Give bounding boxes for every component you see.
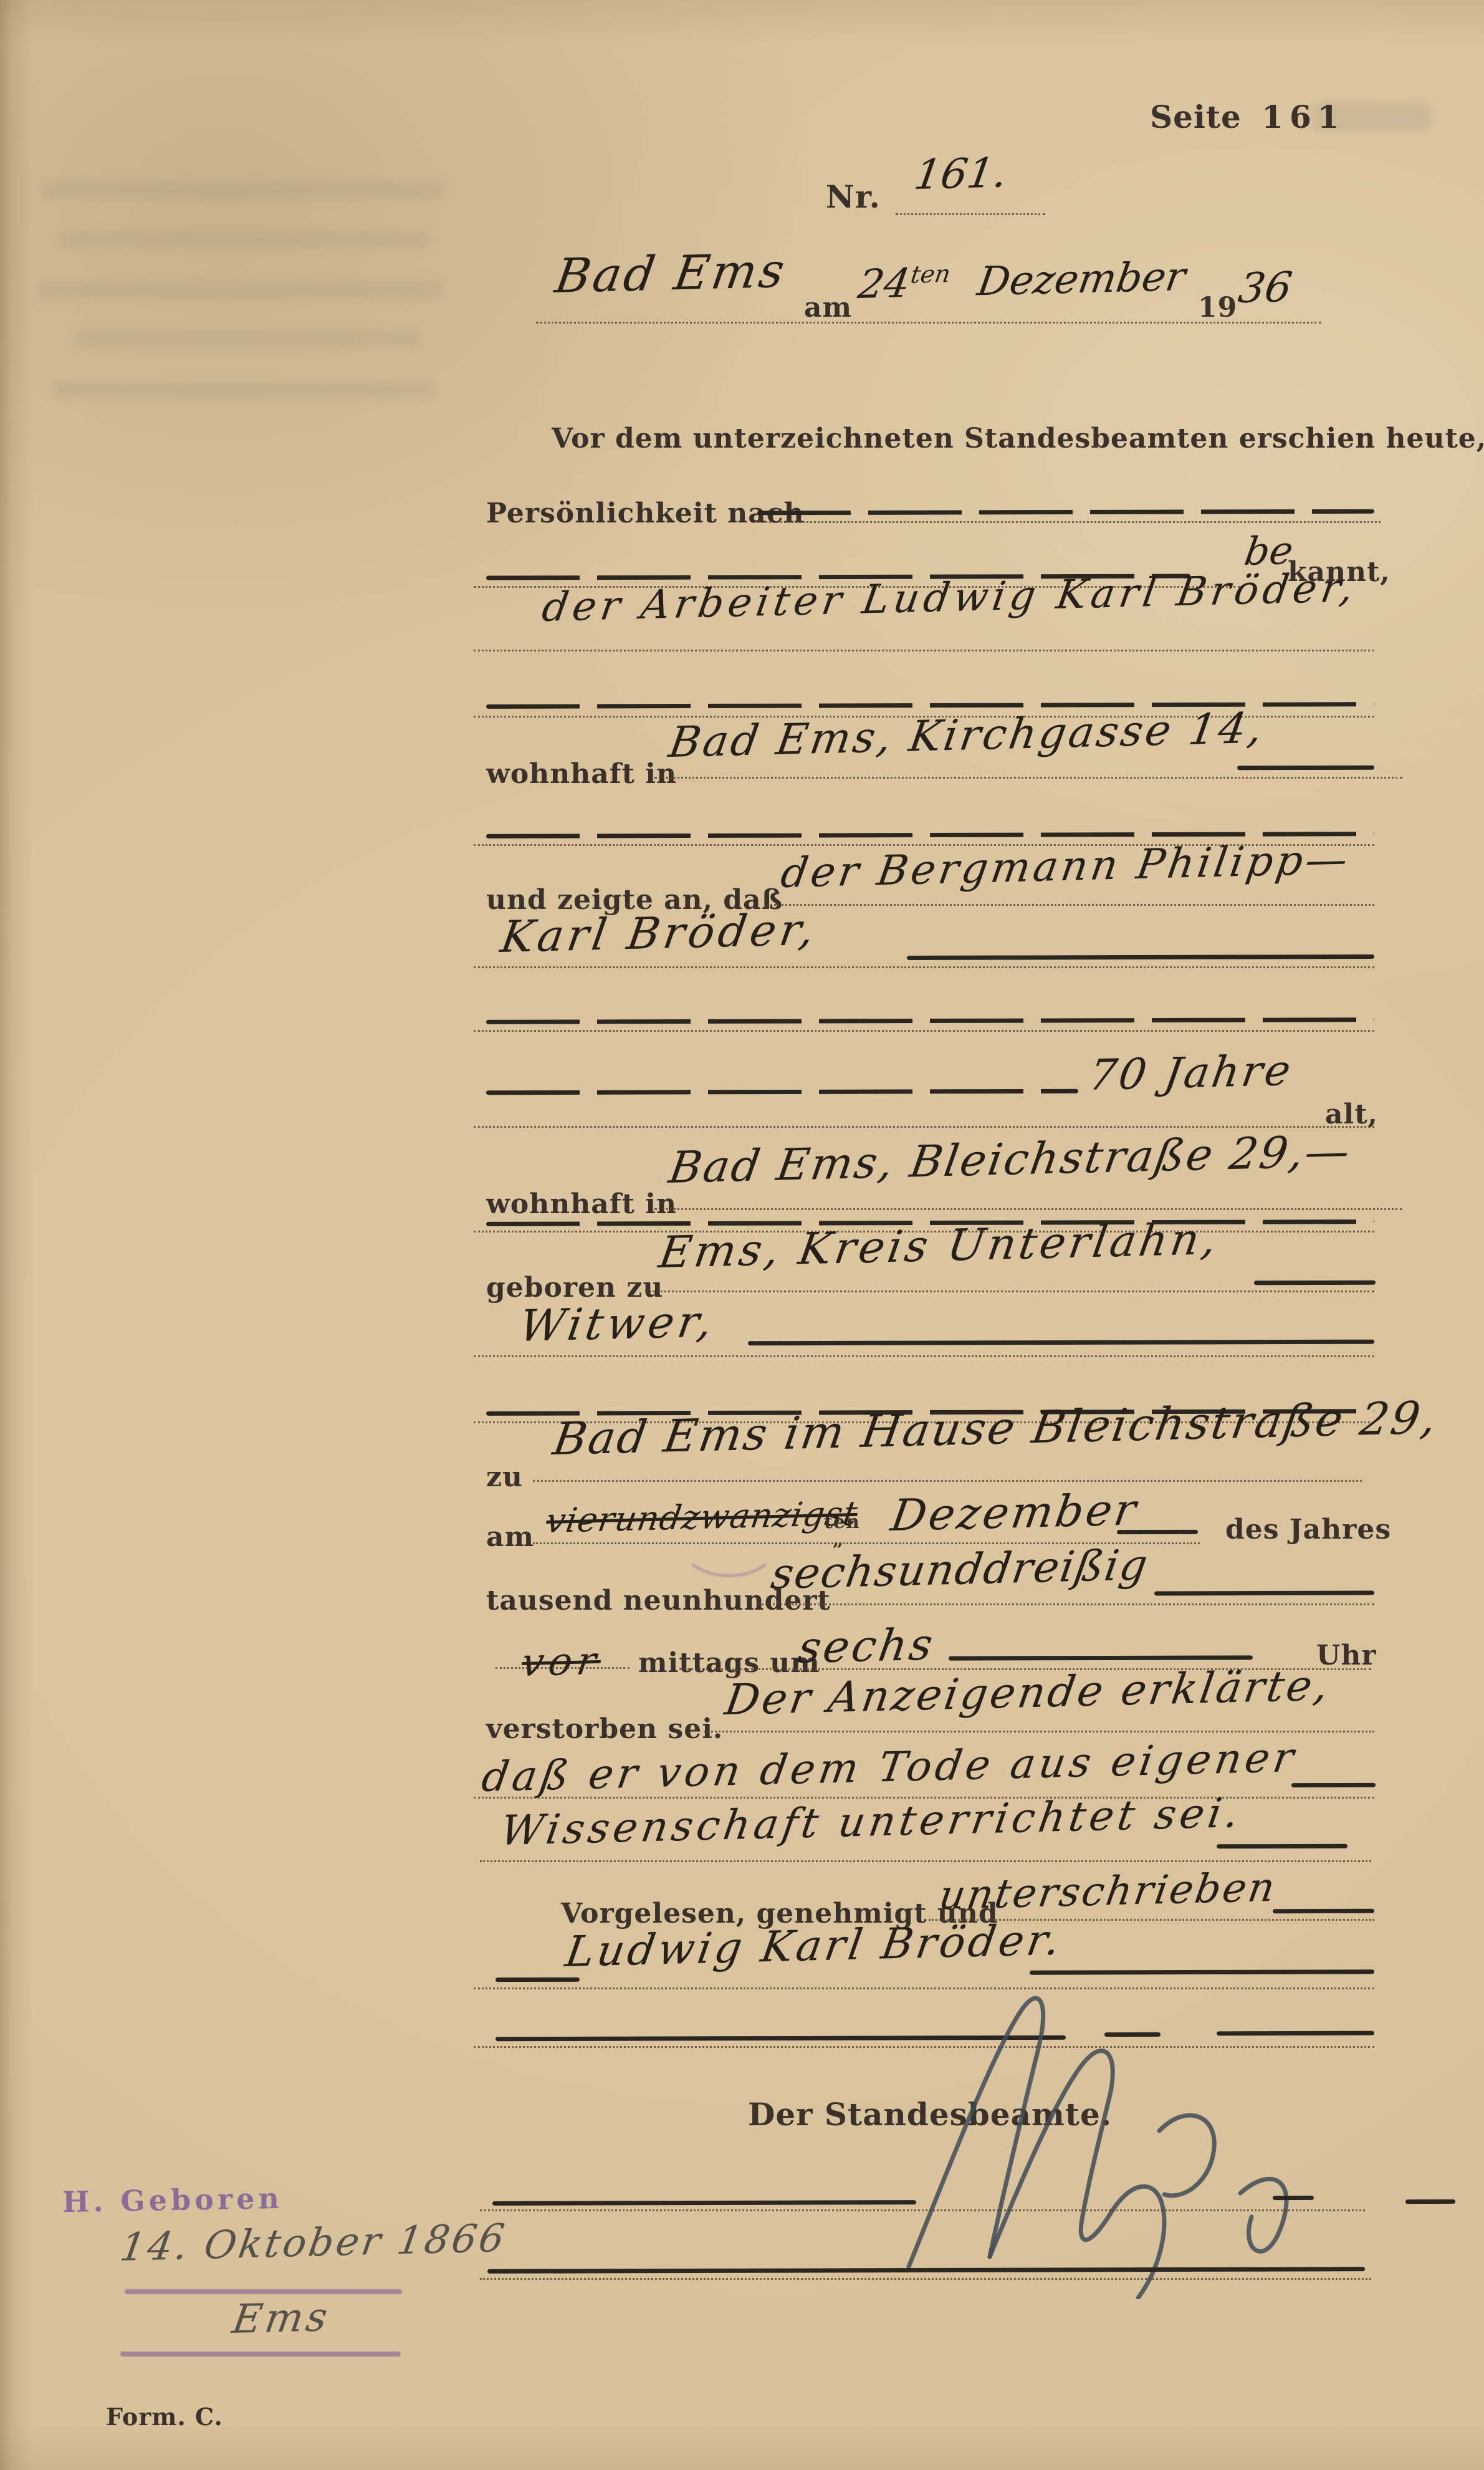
dotted-line xyxy=(474,650,1374,651)
margin-stamp-geboren: H. Geboren xyxy=(62,2181,284,2219)
record-number-label: Nr. xyxy=(826,178,881,215)
marital-status-handwritten: Witwer, xyxy=(516,1295,719,1352)
dotted-line xyxy=(533,1480,1362,1482)
dotted-line xyxy=(480,2278,1371,2280)
death-place-value-handwritten: Bad Ems im Hause Bleichstraße 29, xyxy=(550,1391,1442,1465)
dotted-line xyxy=(480,2209,1365,2211)
fill-stroke xyxy=(757,509,1374,516)
bleedthrough-ghost xyxy=(44,182,443,198)
margin-birth-date-pencil: 14. Oktober 1866 xyxy=(117,2215,510,2270)
fill-stroke xyxy=(1273,1909,1374,1913)
year-handwritten: 36 xyxy=(1235,263,1295,312)
fill-stroke xyxy=(486,1089,1078,1095)
dotted-line xyxy=(536,322,1321,324)
residence-label: wohnhaft in xyxy=(486,758,677,790)
dotted-line xyxy=(474,966,1374,968)
record-place-handwritten: Bad Ems xyxy=(552,243,791,304)
fill-stroke xyxy=(492,2200,916,2206)
dotted-line xyxy=(480,1860,1371,1862)
time-value-handwritten: sechs xyxy=(795,1619,939,1673)
dotted-line xyxy=(654,1208,1402,1210)
bleedthrough-ghost xyxy=(75,332,421,347)
fill-stroke xyxy=(495,1977,580,1982)
date-month: Dezember xyxy=(974,254,1188,305)
fill-stroke xyxy=(949,1655,1253,1660)
dotted-line xyxy=(896,213,1045,215)
dotted-line xyxy=(474,1126,1374,1128)
margin-birth-place-pencil: Ems xyxy=(229,2294,333,2343)
identity-label: Persönlichkeit nach xyxy=(486,497,805,529)
residence2-label: wohnhaft in xyxy=(486,1188,677,1220)
dotted-line xyxy=(645,1290,1374,1292)
signature-stroke xyxy=(909,1998,1043,2267)
death-register-page: Seite 161 Nr. 161. Bad Ems am 24ten Deze… xyxy=(0,0,1484,2470)
ditto-mark: „ xyxy=(833,1529,844,1550)
time-of-day-struck-handwritten: vor xyxy=(519,1638,605,1685)
dotted-line xyxy=(474,1030,1374,1032)
bleedthrough-ghost xyxy=(53,382,433,398)
year-of-label: des Jahres xyxy=(1225,1514,1391,1545)
death-month-handwritten: Dezember xyxy=(888,1484,1142,1541)
date-day-suffix: ten xyxy=(909,260,952,289)
death-date-label: am xyxy=(486,1521,534,1553)
dotted-line xyxy=(767,904,1374,906)
page-number-label: Seite xyxy=(1150,99,1242,135)
residence2-value-handwritten: Bad Ems, Bleichstraße 29,— xyxy=(666,1125,1355,1193)
dotted-line xyxy=(704,1731,1374,1732)
bleedthrough-ghost xyxy=(59,232,427,247)
dotted-line xyxy=(757,1603,1374,1605)
record-date-handwritten: 24ten Dezember xyxy=(855,254,1189,308)
closing-handwritten: unterschrieben xyxy=(936,1865,1280,1919)
fill-stroke xyxy=(1254,1281,1376,1285)
deceased-verb-label: verstorben sei. xyxy=(486,1713,723,1745)
fill-stroke xyxy=(907,954,1374,960)
year-printed-prefix: 19 xyxy=(1198,292,1237,324)
margin-underline xyxy=(125,2289,402,2294)
dotted-line xyxy=(474,1355,1374,1357)
dotted-line xyxy=(495,1667,630,1669)
fill-stroke xyxy=(486,1017,1374,1024)
death-place-label: zu xyxy=(486,1461,523,1493)
date-prefix-label: am xyxy=(804,292,852,324)
record-number-value: 161. xyxy=(911,148,1010,199)
dotted-line xyxy=(757,521,1381,523)
margin-underline xyxy=(120,2352,401,2357)
signature-stroke xyxy=(1240,2179,1286,2251)
fill-stroke xyxy=(748,1340,1374,1346)
fill-stroke xyxy=(1273,2196,1314,2200)
fill-stroke xyxy=(1291,1783,1376,1787)
deceased-name-line2-handwritten: Karl Bröder, xyxy=(497,904,821,963)
form-label: Form. C. xyxy=(106,2403,223,2431)
residence-value-handwritten: Bad Ems, Kirchgasse 14, xyxy=(666,704,1268,767)
page-number-stamp: 161 xyxy=(1261,99,1345,135)
page-number-line: Seite 161 xyxy=(1150,99,1346,135)
fill-stroke xyxy=(1237,766,1374,771)
dotted-line xyxy=(654,777,1402,779)
age-handwritten: 70 Jahre xyxy=(1086,1046,1296,1100)
date-day: 24 xyxy=(855,261,913,308)
intro-sentence: Vor dem unterzeichneten Standesbeamten e… xyxy=(552,423,1484,454)
fill-stroke xyxy=(1217,1844,1348,1849)
registrar-signature xyxy=(891,1975,1340,2299)
fill-stroke xyxy=(1030,1969,1374,1974)
fill-stroke xyxy=(1405,2199,1455,2204)
signature-stroke xyxy=(1159,2115,1214,2196)
year-words-handwritten: sechsunddreißig xyxy=(768,1540,1152,1599)
fill-stroke xyxy=(1154,1591,1374,1596)
fill-stroke xyxy=(1117,1530,1198,1534)
signature-stroke xyxy=(990,2050,1164,2298)
bleedthrough-ghost xyxy=(37,282,443,298)
